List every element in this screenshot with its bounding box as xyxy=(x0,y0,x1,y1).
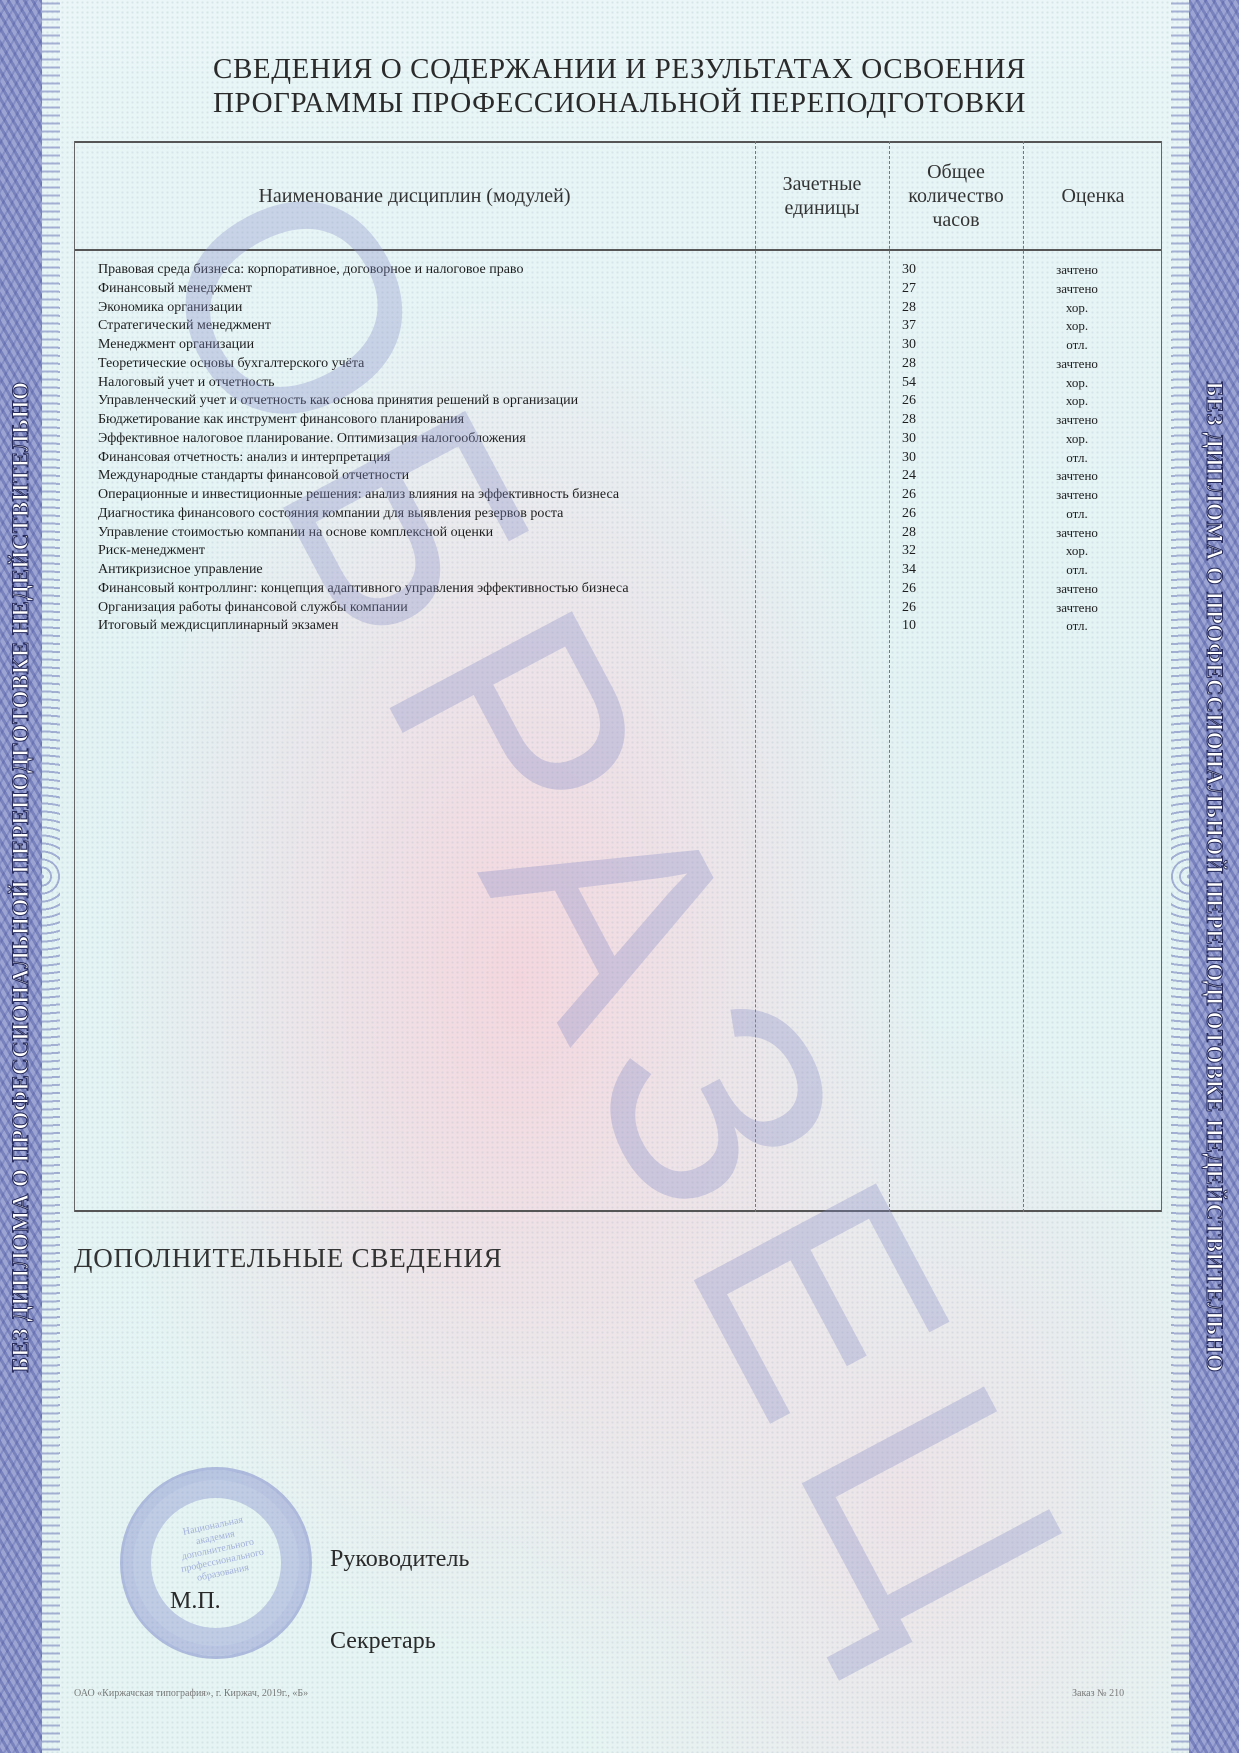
discipline-name: Налоговый учет и отчетность xyxy=(98,374,275,392)
discipline-name: Эффективное налоговое планирование. Опти… xyxy=(98,430,526,448)
head-signature-label: Руководитель xyxy=(330,1546,469,1573)
hours-value: 34 xyxy=(884,561,934,579)
hours-value: 32 xyxy=(884,542,934,560)
header-grade: Оценка xyxy=(1025,143,1161,249)
table-bottom-border xyxy=(74,1210,1162,1212)
discipline-name: Бюджетирование как инструмент финансовог… xyxy=(98,411,464,429)
table-row: Стратегический менеджмент37хор. xyxy=(74,317,1162,336)
seal-label: М.П. xyxy=(170,1588,221,1615)
header-hours: Общее количество часов xyxy=(891,143,1021,249)
right-border-text: БЕЗ ДИПЛОМА О ПРОФЕССИОНАЛЬНОЙ ПЕРЕПОДГО… xyxy=(1201,381,1227,1372)
printer-info: ОАО «Киржачская типография», г. Киржач, … xyxy=(74,1688,308,1699)
grade-value: зачтено xyxy=(1022,580,1132,598)
discipline-name: Организация работы финансовой службы ком… xyxy=(98,599,408,617)
table-row: Организация работы финансовой службы ком… xyxy=(74,599,1162,618)
additional-info-title: ДОПОЛНИТЕЛЬНЫЕ СВЕДЕНИЯ xyxy=(74,1243,502,1274)
table-row: Правовая среда бизнеса: корпоративное, д… xyxy=(74,261,1162,280)
hours-value: 30 xyxy=(884,261,934,279)
hours-value: 37 xyxy=(884,317,934,335)
grade-value: отл. xyxy=(1022,336,1132,354)
hours-value: 10 xyxy=(884,617,934,635)
discipline-name: Финансовая отчетность: анализ и интерпре… xyxy=(98,449,390,467)
table-row: Операционные и инвестиционные решения: а… xyxy=(74,486,1162,505)
discipline-name: Экономика организации xyxy=(98,299,242,317)
grade-value: отл. xyxy=(1022,617,1132,635)
header-discipline: Наименование дисциплин (модулей) xyxy=(74,143,755,249)
grade-value: зачтено xyxy=(1022,280,1132,298)
grade-value: хор. xyxy=(1022,392,1132,410)
grade-value: отл. xyxy=(1022,561,1132,579)
discipline-name: Управленческий учет и отчетность как осн… xyxy=(98,392,578,410)
hours-value: 30 xyxy=(884,449,934,467)
table-row: Налоговый учет и отчетность54хор. xyxy=(74,374,1162,393)
header-bottom-border xyxy=(74,249,1162,251)
hours-value: 26 xyxy=(884,392,934,410)
grade-value: зачтено xyxy=(1022,524,1132,542)
hours-value: 28 xyxy=(884,524,934,542)
table-row: Финансовый контроллинг: концепция адапти… xyxy=(74,580,1162,599)
grade-value: зачтено xyxy=(1022,486,1132,504)
right-border-guilloche xyxy=(1171,0,1189,1753)
table-row: Экономика организации28хор. xyxy=(74,299,1162,318)
table-row: Антикризисное управление34отл. xyxy=(74,561,1162,580)
left-border-guilloche xyxy=(42,0,60,1753)
grade-value: хор. xyxy=(1022,430,1132,448)
discipline-name: Менеджмент организации xyxy=(98,336,254,354)
title-line-2: ПРОГРАММЫ ПРОФЕССИОНАЛЬНОЙ ПЕРЕПОДГОТОВК… xyxy=(0,86,1239,120)
left-border-text: БЕЗ ДИПЛОМА О ПРОФЕССИОНАЛЬНОЙ ПЕРЕПОДГО… xyxy=(8,381,34,1372)
table-row: Финансовый менеджмент27зачтено xyxy=(74,280,1162,299)
table-row: Итоговый междисциплинарный экзамен10отл. xyxy=(74,617,1162,636)
discipline-name: Финансовый менеджмент xyxy=(98,280,252,298)
discipline-name: Финансовый контроллинг: концепция адапти… xyxy=(98,580,629,598)
grade-value: зачтено xyxy=(1022,599,1132,617)
table-row: Управленческий учет и отчетность как осн… xyxy=(74,392,1162,411)
hours-value: 26 xyxy=(884,599,934,617)
stamp-text: Национальная академия дополнительного пр… xyxy=(173,1512,264,1587)
title-line-1: СВЕДЕНИЯ О СОДЕРЖАНИИ И РЕЗУЛЬТАТАХ ОСВО… xyxy=(0,52,1239,86)
grade-value: зачтено xyxy=(1022,467,1132,485)
grade-value: хор. xyxy=(1022,317,1132,335)
table-row: Бюджетирование как инструмент финансовог… xyxy=(74,411,1162,430)
grade-value: зачтено xyxy=(1022,355,1132,373)
grade-value: отл. xyxy=(1022,505,1132,523)
discipline-name: Итоговый междисциплинарный экзамен xyxy=(98,617,339,635)
hours-value: 26 xyxy=(884,580,934,598)
hours-value: 26 xyxy=(884,505,934,523)
hours-value: 27 xyxy=(884,280,934,298)
grade-value: хор. xyxy=(1022,374,1132,392)
table-row: Международные стандарты финансовой отчет… xyxy=(74,467,1162,486)
grade-value: хор. xyxy=(1022,542,1132,560)
table-row: Теоретические основы бухгалтерского учёт… xyxy=(74,355,1162,374)
grade-value: хор. xyxy=(1022,299,1132,317)
page-title: СВЕДЕНИЯ О СОДЕРЖАНИИ И РЕЗУЛЬТАТАХ ОСВО… xyxy=(0,52,1239,120)
grade-value: зачтено xyxy=(1022,411,1132,429)
table-row: Финансовая отчетность: анализ и интерпре… xyxy=(74,449,1162,468)
hours-value: 26 xyxy=(884,486,934,504)
hours-value: 28 xyxy=(884,355,934,373)
hours-value: 30 xyxy=(884,336,934,354)
discipline-name: Риск-менеджмент xyxy=(98,542,205,560)
hours-value: 30 xyxy=(884,430,934,448)
table-row: Менеджмент организации30отл. xyxy=(74,336,1162,355)
discipline-name: Операционные и инвестиционные решения: а… xyxy=(98,486,619,504)
grade-value: отл. xyxy=(1022,449,1132,467)
hours-value: 28 xyxy=(884,411,934,429)
hours-value: 54 xyxy=(884,374,934,392)
header-credits: Зачетные единицы xyxy=(757,143,887,249)
table-row: Диагностика финансового состояния компан… xyxy=(74,505,1162,524)
secretary-signature-label: Секретарь xyxy=(330,1628,436,1655)
discipline-name: Управление стоимостью компании на основе… xyxy=(98,524,493,542)
table-row: Управление стоимостью компании на основе… xyxy=(74,524,1162,543)
disciplines-table: Наименование дисциплин (модулей) Зачетны… xyxy=(74,141,1162,1212)
hours-value: 24 xyxy=(884,467,934,485)
table-row: Эффективное налоговое планирование. Опти… xyxy=(74,430,1162,449)
discipline-name: Антикризисное управление xyxy=(98,561,263,579)
order-number: Заказ № 210 xyxy=(1072,1688,1124,1699)
hours-value: 28 xyxy=(884,299,934,317)
table-row: Риск-менеджмент32хор. xyxy=(74,542,1162,561)
discipline-name: Теоретические основы бухгалтерского учёт… xyxy=(98,355,364,373)
discipline-name: Международные стандарты финансовой отчет… xyxy=(98,467,409,485)
discipline-name: Стратегический менеджмент xyxy=(98,317,271,335)
official-stamp: Национальная академия дополнительного пр… xyxy=(120,1467,312,1659)
discipline-name: Правовая среда бизнеса: корпоративное, д… xyxy=(98,261,523,279)
discipline-name: Диагностика финансового состояния компан… xyxy=(98,505,563,523)
grade-value: зачтено xyxy=(1022,261,1132,279)
